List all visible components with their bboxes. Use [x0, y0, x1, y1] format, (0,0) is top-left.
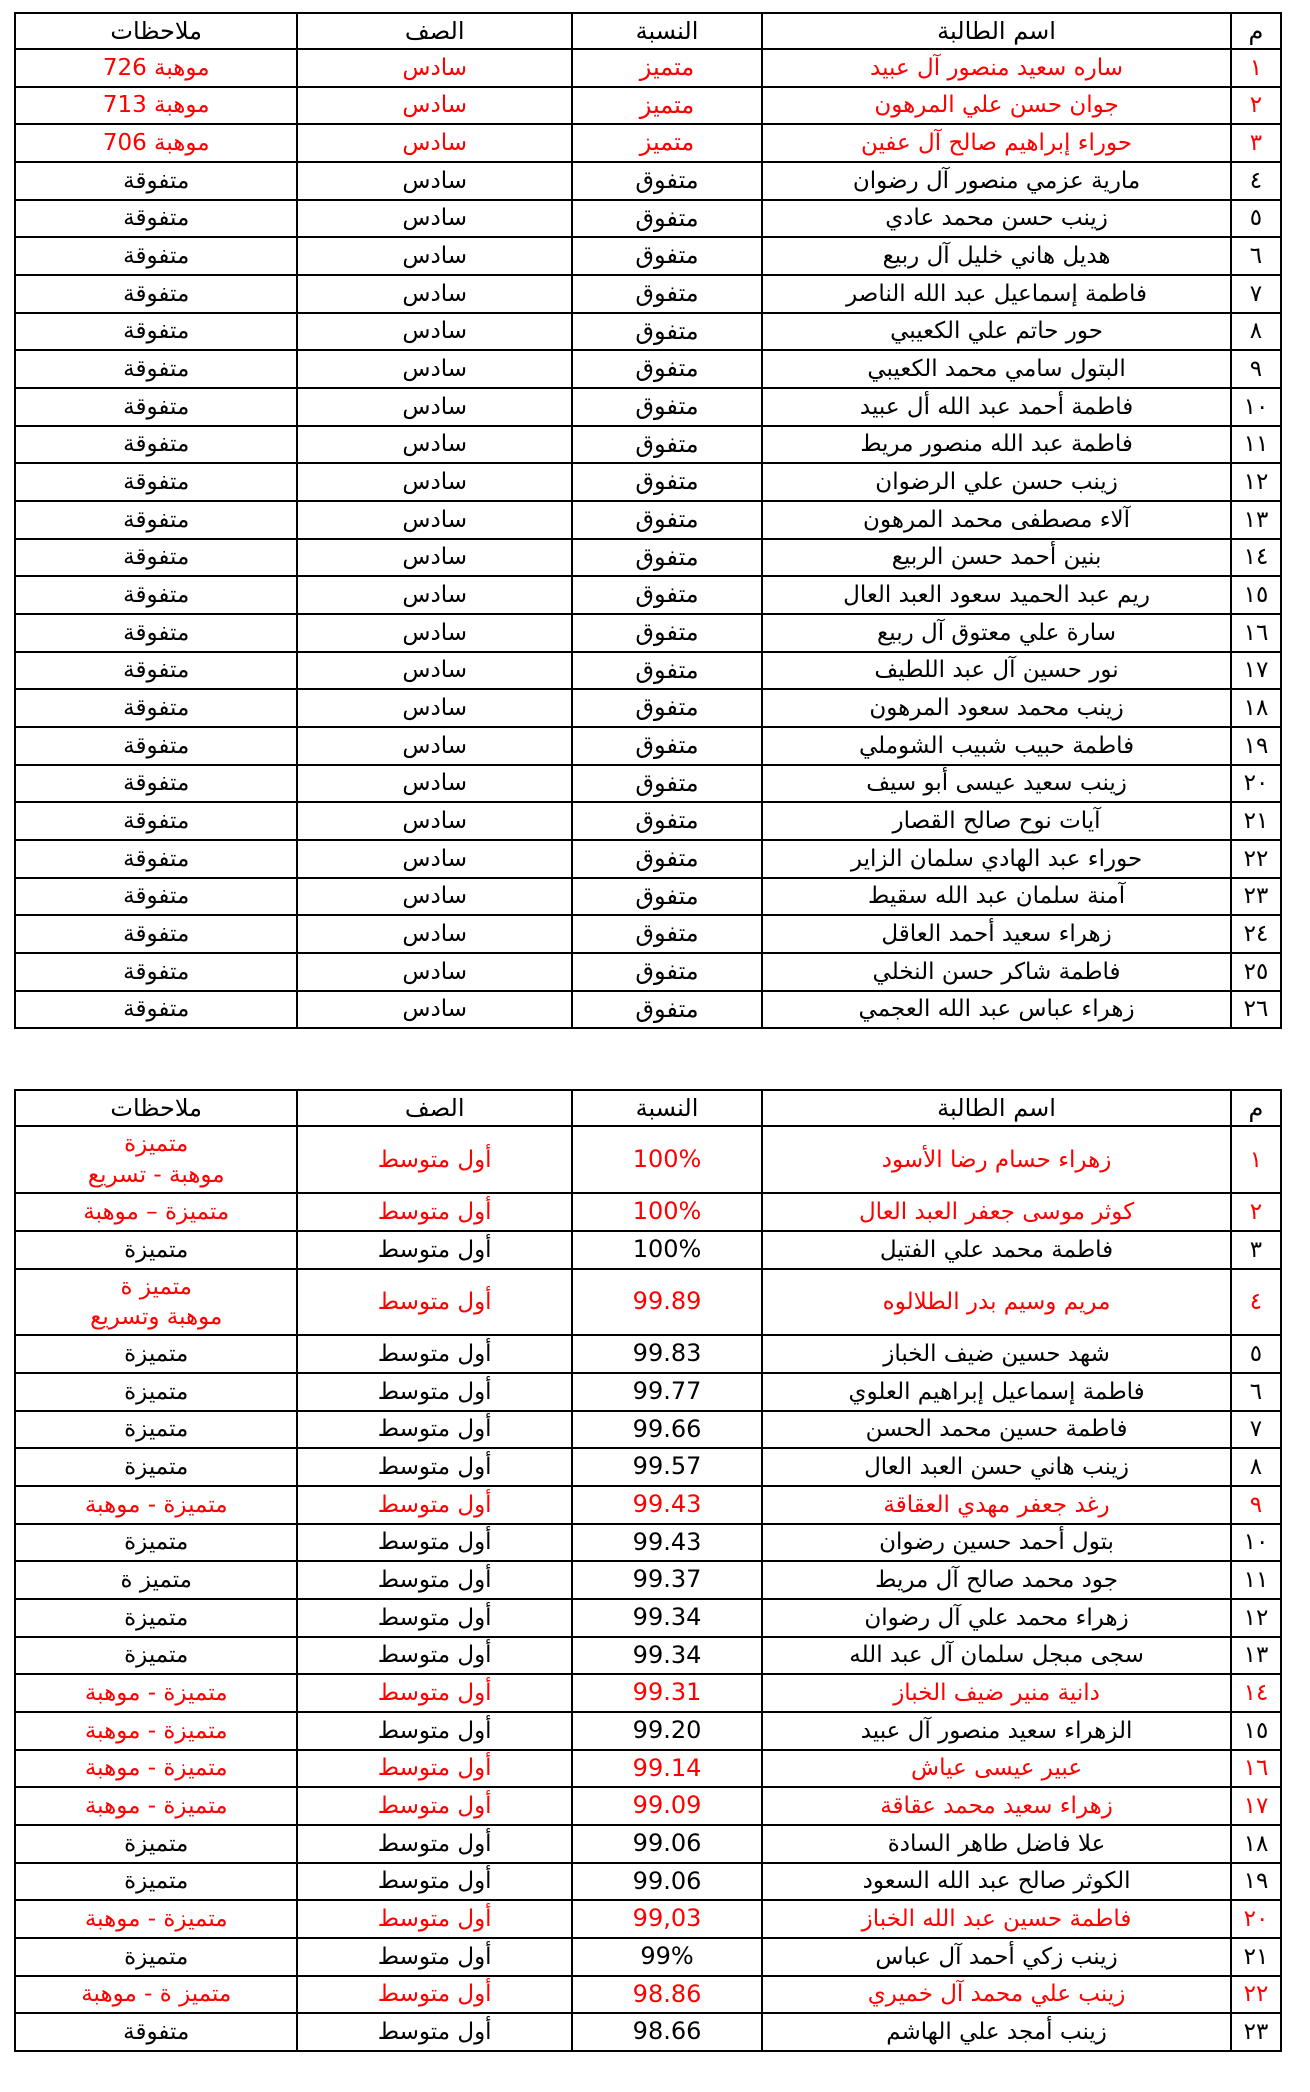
cell-notes: متميزة - موهبة — [15, 1787, 297, 1825]
cell-percentage: 99.34 — [572, 1599, 762, 1637]
cell-grade: أول متوسط — [297, 1750, 571, 1788]
cell-percentage: متفوق — [572, 652, 762, 690]
students-table-intermediate1: م اسم الطالبة النسبة الصف ملاحظات ١ زهرا… — [14, 1089, 1282, 2052]
cell-grade: أول متوسط — [297, 1231, 571, 1269]
header-row: م اسم الطالبة النسبة الصف ملاحظات — [15, 1090, 1281, 1126]
cell-grade: أول متوسط — [297, 1524, 571, 1562]
cell-grade: سادس — [297, 237, 571, 275]
cell-notes: متفوقة — [15, 313, 297, 351]
cell-student-name: شهد حسين ضيف الخباز — [762, 1335, 1231, 1373]
table-row: ١٤ بنين أحمد حسن الربيع متفوق سادس متفوق… — [15, 539, 1281, 577]
cell-notes: متميزة — [15, 1863, 297, 1901]
cell-notes: متميزة - موهبة — [15, 1674, 297, 1712]
table-row: ٢٠ فاطمة حسين عبد الله الخباز 99,03 أول … — [15, 1900, 1281, 1938]
cell-notes: متفوقة — [15, 727, 297, 765]
table-row: ٤ مارية عزمي منصور آل رضوان متفوق سادس م… — [15, 162, 1281, 200]
cell-percentage: متفوق — [572, 463, 762, 501]
cell-percentage: متفوق — [572, 576, 762, 614]
cell-percentage: 98.86 — [572, 1976, 762, 2014]
cell-index: ٢١ — [1231, 802, 1281, 840]
cell-percentage: 99.09 — [572, 1787, 762, 1825]
cell-notes: متفوقة — [15, 614, 297, 652]
cell-percentage: متفوق — [572, 915, 762, 953]
cell-index: ١٩ — [1231, 1863, 1281, 1901]
cell-grade: سادس — [297, 953, 571, 991]
cell-grade: أول متوسط — [297, 1126, 571, 1193]
table-row: ٩ البتول سامي محمد الكعيبي متفوق سادس مت… — [15, 350, 1281, 388]
header-percentage: النسبة — [572, 1090, 762, 1126]
cell-grade: سادس — [297, 501, 571, 539]
table-row: ١٣ آلاء مصطفى محمد المرهون متفوق سادس مت… — [15, 501, 1281, 539]
cell-student-name: فاطمة حسين عبد الله الخباز — [762, 1900, 1231, 1938]
cell-grade: أول متوسط — [297, 1561, 571, 1599]
cell-student-name: فاطمة شاكر حسن النخلي — [762, 953, 1231, 991]
cell-student-name: زينب أمجد علي الهاشم — [762, 2013, 1231, 2051]
table-row: ١١ جود محمد صالح آل مريط 99.37 أول متوسط… — [15, 1561, 1281, 1599]
cell-index: ١٢ — [1231, 1599, 1281, 1637]
cell-student-name: الزهراء سعيد منصور آل عبيد — [762, 1712, 1231, 1750]
cell-grade: أول متوسط — [297, 1486, 571, 1524]
cell-percentage: 99,03 — [572, 1900, 762, 1938]
cell-index: ٥ — [1231, 1335, 1281, 1373]
cell-index: ٥ — [1231, 200, 1281, 238]
cell-grade: أول متوسط — [297, 1825, 571, 1863]
header-row: م اسم الطالبة النسبة الصف ملاحظات — [15, 13, 1281, 49]
cell-notes: متفوقة — [15, 576, 297, 614]
table-row: ١٥ الزهراء سعيد منصور آل عبيد 99.20 أول … — [15, 1712, 1281, 1750]
cell-notes: متميزة — [15, 1938, 297, 1976]
cell-notes: متفوقة — [15, 501, 297, 539]
cell-grade: أول متوسط — [297, 1335, 571, 1373]
cell-percentage: متفوق — [572, 200, 762, 238]
table-row: ٢٤ زهراء سعيد أحمد العاقل متفوق سادس متف… — [15, 915, 1281, 953]
header-student-name: اسم الطالبة — [762, 13, 1231, 49]
cell-student-name: آمنة سلمان عبد الله سقيط — [762, 878, 1231, 916]
cell-student-name: فاطمة حسين محمد الحسن — [762, 1411, 1231, 1449]
cell-grade: أول متوسط — [297, 1448, 571, 1486]
cell-grade: سادس — [297, 87, 571, 125]
cell-grade: سادس — [297, 878, 571, 916]
cell-grade: سادس — [297, 840, 571, 878]
cell-grade: أول متوسط — [297, 1787, 571, 1825]
cell-percentage: 98.66 — [572, 2013, 762, 2051]
cell-index: ١٨ — [1231, 689, 1281, 727]
cell-percentage: 99.34 — [572, 1637, 762, 1675]
cell-index: ٢٣ — [1231, 878, 1281, 916]
cell-percentage: 99.37 — [572, 1561, 762, 1599]
cell-student-name: زهراء حسام رضا الأسود — [762, 1126, 1231, 1193]
cell-index: ٢٤ — [1231, 915, 1281, 953]
cell-index: ١٧ — [1231, 652, 1281, 690]
cell-notes: متفوقة — [15, 652, 297, 690]
cell-notes: متميزة — [15, 1524, 297, 1562]
cell-index: ١٤ — [1231, 1674, 1281, 1712]
cell-student-name: ساره سعيد منصور آل عبيد — [762, 49, 1231, 87]
cell-index: ٣ — [1231, 1231, 1281, 1269]
cell-index: ١١ — [1231, 426, 1281, 464]
cell-notes: متميزة — [15, 1637, 297, 1675]
cell-student-name: رغد جعفر مهدي العقاقة — [762, 1486, 1231, 1524]
cell-percentage: متميز — [572, 124, 762, 162]
cell-grade: سادس — [297, 313, 571, 351]
cell-notes: متميزة — [15, 1335, 297, 1373]
cell-notes: متفوقة — [15, 162, 297, 200]
cell-percentage: متميز — [572, 49, 762, 87]
cell-percentage: 100% — [572, 1231, 762, 1269]
table-row: ١٨ علا فاضل طاهر السادة 99.06 أول متوسط … — [15, 1825, 1281, 1863]
cell-grade: سادس — [297, 539, 571, 577]
cell-student-name: فاطمة إسماعيل عبد الله الناصر — [762, 275, 1231, 313]
cell-grade: سادس — [297, 49, 571, 87]
cell-index: ١ — [1231, 49, 1281, 87]
cell-index: ٢ — [1231, 87, 1281, 125]
table-row: ٢٠ زينب سعيد عيسى أبو سيف متفوق سادس متف… — [15, 765, 1281, 803]
cell-percentage: 99.66 — [572, 1411, 762, 1449]
document-page: م اسم الطالبة النسبة الصف ملاحظات ١ ساره… — [0, 0, 1310, 2052]
table-row: ١٢ زينب حسن علي الرضوان متفوق سادس متفوق… — [15, 463, 1281, 501]
cell-student-name: ريم عبد الحميد سعود العبد العال — [762, 576, 1231, 614]
cell-grade: أول متوسط — [297, 1193, 571, 1231]
cell-student-name: زينب سعيد عيسى أبو سيف — [762, 765, 1231, 803]
cell-index: ١٦ — [1231, 614, 1281, 652]
cell-percentage: 99% — [572, 1938, 762, 1976]
table-row: ١٦ عبير عيسى عياش 99.14 أول متوسط متميزة… — [15, 1750, 1281, 1788]
cell-grade: سادس — [297, 765, 571, 803]
cell-notes: متفوقة — [15, 200, 297, 238]
cell-grade: سادس — [297, 915, 571, 953]
cell-index: ١٠ — [1231, 1524, 1281, 1562]
cell-percentage: 100% — [572, 1193, 762, 1231]
cell-notes: متفوقة — [15, 426, 297, 464]
header-grade: الصف — [297, 1090, 571, 1126]
header-percentage: النسبة — [572, 13, 762, 49]
cell-notes: متفوقة — [15, 878, 297, 916]
cell-index: ١٨ — [1231, 1825, 1281, 1863]
cell-grade: أول متوسط — [297, 1712, 571, 1750]
table-row: ٢٣ آمنة سلمان عبد الله سقيط متفوق سادس م… — [15, 878, 1281, 916]
table-row: ١ ساره سعيد منصور آل عبيد متميز سادس موه… — [15, 49, 1281, 87]
cell-percentage: متفوق — [572, 162, 762, 200]
cell-percentage: متفوق — [572, 840, 762, 878]
cell-index: ٦ — [1231, 237, 1281, 275]
table-row: ١٣ سجى مبجل سلمان آل عبد الله 99.34 أول … — [15, 1637, 1281, 1675]
table-row: ٢١ زينب زكي أحمد آل عباس 99% أول متوسط م… — [15, 1938, 1281, 1976]
cell-student-name: عبير عيسى عياش — [762, 1750, 1231, 1788]
table-row: ١٧ زهراء سعيد محمد عقاقة 99.09 أول متوسط… — [15, 1787, 1281, 1825]
cell-percentage: متفوق — [572, 614, 762, 652]
table-row: ١٥ ريم عبد الحميد سعود العبد العال متفوق… — [15, 576, 1281, 614]
header-index: م — [1231, 1090, 1281, 1126]
cell-index: ١٣ — [1231, 1637, 1281, 1675]
cell-student-name: فاطمة أحمد عبد الله أل عبيد — [762, 388, 1231, 426]
cell-percentage: 99.43 — [572, 1524, 762, 1562]
cell-notes: متفوقة — [15, 915, 297, 953]
table-row: ٧ فاطمة حسين محمد الحسن 99.66 أول متوسط … — [15, 1411, 1281, 1449]
table-row: ٦ هديل هاني خليل آل ربيع متفوق سادس متفو… — [15, 237, 1281, 275]
cell-percentage: 99.89 — [572, 1269, 762, 1336]
cell-notes: متميز ة — [15, 1561, 297, 1599]
cell-index: ٨ — [1231, 313, 1281, 351]
cell-index: ٢٥ — [1231, 953, 1281, 991]
cell-notes: متفوقة — [15, 350, 297, 388]
cell-index: ٩ — [1231, 350, 1281, 388]
cell-index: ٢٣ — [1231, 2013, 1281, 2051]
table-row: ٢٢ حوراء عبد الهادي سلمان الزاير متفوق س… — [15, 840, 1281, 878]
cell-student-name: كوثر موسى جعفر العبد العال — [762, 1193, 1231, 1231]
cell-grade: سادس — [297, 350, 571, 388]
cell-notes: متفوقة — [15, 802, 297, 840]
cell-notes: متفوقة — [15, 539, 297, 577]
cell-notes: متفوقة — [15, 765, 297, 803]
cell-notes: متفوقة — [15, 463, 297, 501]
cell-grade: أول متوسط — [297, 1674, 571, 1712]
cell-percentage: متفوق — [572, 501, 762, 539]
cell-student-name: دانية منير ضيف الخباز — [762, 1674, 1231, 1712]
cell-notes: متميز ة موهبة وتسريع — [15, 1269, 297, 1336]
cell-notes: متفوقة — [15, 237, 297, 275]
cell-notes: متفوقة — [15, 2013, 297, 2051]
cell-index: ١١ — [1231, 1561, 1281, 1599]
cell-grade: سادس — [297, 463, 571, 501]
cell-percentage: 99.83 — [572, 1335, 762, 1373]
cell-index: ٢٢ — [1231, 840, 1281, 878]
cell-index: ٣ — [1231, 124, 1281, 162]
cell-percentage: متفوق — [572, 689, 762, 727]
cell-percentage: متميز — [572, 87, 762, 125]
cell-percentage: متفوق — [572, 953, 762, 991]
cell-index: ٢٦ — [1231, 991, 1281, 1029]
cell-notes: متفوقة — [15, 840, 297, 878]
cell-index: ١٠ — [1231, 388, 1281, 426]
cell-notes: موهبة 706 — [15, 124, 297, 162]
cell-index: ٢ — [1231, 1193, 1281, 1231]
cell-percentage: 99.14 — [572, 1750, 762, 1788]
table-row: ٢٦ زهراء عباس عبد الله العجمي متفوق سادس… — [15, 991, 1281, 1029]
cell-student-name: فاطمة إسماعيل إبراهيم العلوي — [762, 1373, 1231, 1411]
cell-index: ٢١ — [1231, 1938, 1281, 1976]
cell-percentage: متفوق — [572, 802, 762, 840]
cell-index: ١٥ — [1231, 1712, 1281, 1750]
cell-grade: سادس — [297, 576, 571, 614]
cell-student-name: زينب علي محمد آل خميري — [762, 1976, 1231, 2014]
table-row: ١١ فاطمة عبد الله منصور مريط متفوق سادس … — [15, 426, 1281, 464]
cell-grade: سادس — [297, 652, 571, 690]
cell-notes: متميزة — [15, 1448, 297, 1486]
cell-notes: موهبة 726 — [15, 49, 297, 87]
cell-percentage: 99.43 — [572, 1486, 762, 1524]
students-table-grade6: م اسم الطالبة النسبة الصف ملاحظات ١ ساره… — [14, 12, 1282, 1029]
cell-notes: متميز ة - موهبة — [15, 1976, 297, 2014]
cell-student-name: جود محمد صالح آل مريط — [762, 1561, 1231, 1599]
cell-percentage: متفوق — [572, 539, 762, 577]
cell-percentage: 99.20 — [572, 1712, 762, 1750]
cell-percentage: متفوق — [572, 991, 762, 1029]
cell-index: ٧ — [1231, 1411, 1281, 1449]
cell-student-name: نور حسين آل عبد اللطيف — [762, 652, 1231, 690]
cell-notes: متميزة - موهبة — [15, 1486, 297, 1524]
table-row: ١٤ دانية منير ضيف الخباز 99.31 أول متوسط… — [15, 1674, 1281, 1712]
table-row: ١٩ الكوثر صالح عبد الله السعود 99.06 أول… — [15, 1863, 1281, 1901]
cell-percentage: 99.31 — [572, 1674, 762, 1712]
cell-grade: سادس — [297, 388, 571, 426]
table-row: ٢ جوان حسن علي المرهون متميز سادس موهبة … — [15, 87, 1281, 125]
table-row: ١٧ نور حسين آل عبد اللطيف متفوق سادس متف… — [15, 652, 1281, 690]
table-row: ١٩ فاطمة حبيب شبيب الشوملي متفوق سادس مت… — [15, 727, 1281, 765]
cell-percentage: متفوق — [572, 878, 762, 916]
cell-student-name: زهراء عباس عبد الله العجمي — [762, 991, 1231, 1029]
cell-student-name: هديل هاني خليل آل ربيع — [762, 237, 1231, 275]
cell-index: ١ — [1231, 1126, 1281, 1193]
table-row: ٩ رغد جعفر مهدي العقاقة 99.43 أول متوسط … — [15, 1486, 1281, 1524]
cell-student-name: مارية عزمي منصور آل رضوان — [762, 162, 1231, 200]
cell-index: ٦ — [1231, 1373, 1281, 1411]
cell-notes: متميزة — [15, 1825, 297, 1863]
cell-student-name: حوراء إبراهيم صالح آل عفين — [762, 124, 1231, 162]
cell-percentage: متفوق — [572, 313, 762, 351]
header-notes: ملاحظات — [15, 1090, 297, 1126]
cell-grade: سادس — [297, 200, 571, 238]
cell-student-name: سجى مبجل سلمان آل عبد الله — [762, 1637, 1231, 1675]
cell-student-name: زينب هاني حسن العبد العال — [762, 1448, 1231, 1486]
cell-grade: أول متوسط — [297, 1637, 571, 1675]
cell-grade: أول متوسط — [297, 1373, 571, 1411]
cell-grade: سادس — [297, 426, 571, 464]
header-notes: ملاحظات — [15, 13, 297, 49]
cell-percentage: 99.06 — [572, 1863, 762, 1901]
table-row: ٤ مريم وسيم بدر الطلالوه 99.89 أول متوسط… — [15, 1269, 1281, 1336]
table-header: م اسم الطالبة النسبة الصف ملاحظات — [15, 1090, 1281, 1126]
cell-student-name: فاطمة عبد الله منصور مريط — [762, 426, 1231, 464]
table-row: ١٦ سارة علي معتوق آل ربيع متفوق سادس متف… — [15, 614, 1281, 652]
header-student-name: اسم الطالبة — [762, 1090, 1231, 1126]
cell-student-name: سارة علي معتوق آل ربيع — [762, 614, 1231, 652]
cell-student-name: زينب محمد سعود المرهون — [762, 689, 1231, 727]
cell-student-name: فاطمة محمد علي الفتيل — [762, 1231, 1231, 1269]
cell-notes: متميزة — [15, 1231, 297, 1269]
cell-student-name: زينب حسن علي الرضوان — [762, 463, 1231, 501]
table-row: ١٠ فاطمة أحمد عبد الله أل عبيد متفوق ساد… — [15, 388, 1281, 426]
cell-grade: سادس — [297, 162, 571, 200]
cell-grade: سادس — [297, 614, 571, 652]
cell-percentage: 99.57 — [572, 1448, 762, 1486]
cell-index: ٢٢ — [1231, 1976, 1281, 2014]
cell-percentage: متفوق — [572, 388, 762, 426]
cell-student-name: زهراء محمد علي آل رضوان — [762, 1599, 1231, 1637]
table-row: ٢٢ زينب علي محمد آل خميري 98.86 أول متوس… — [15, 1976, 1281, 2014]
table-row: ٦ فاطمة إسماعيل إبراهيم العلوي 99.77 أول… — [15, 1373, 1281, 1411]
cell-percentage: متفوق — [572, 350, 762, 388]
header-index: م — [1231, 13, 1281, 49]
table-row: ٢٥ فاطمة شاكر حسن النخلي متفوق سادس متفو… — [15, 953, 1281, 991]
cell-student-name: آيات نوح صالح القصار — [762, 802, 1231, 840]
cell-grade: سادس — [297, 727, 571, 765]
cell-notes: متفوقة — [15, 953, 297, 991]
cell-index: ١٣ — [1231, 501, 1281, 539]
cell-grade: أول متوسط — [297, 1863, 571, 1901]
cell-percentage: 99.77 — [572, 1373, 762, 1411]
cell-notes: متفوقة — [15, 388, 297, 426]
table-row: ٢١ آيات نوح صالح القصار متفوق سادس متفوق… — [15, 802, 1281, 840]
cell-index: ٨ — [1231, 1448, 1281, 1486]
cell-student-name: بتول أحمد حسين رضوان — [762, 1524, 1231, 1562]
cell-student-name: فاطمة حبيب شبيب الشوملي — [762, 727, 1231, 765]
cell-notes: متميزة - موهبة — [15, 1712, 297, 1750]
cell-index: ١٩ — [1231, 727, 1281, 765]
cell-notes: متميزة — [15, 1373, 297, 1411]
header-grade: الصف — [297, 13, 571, 49]
table-row: ١٠ بتول أحمد حسين رضوان 99.43 أول متوسط … — [15, 1524, 1281, 1562]
cell-grade: سادس — [297, 275, 571, 313]
cell-index: ١٢ — [1231, 463, 1281, 501]
cell-grade: سادس — [297, 124, 571, 162]
cell-grade: أول متوسط — [297, 1269, 571, 1336]
table-row: ٥ زينب حسن محمد عادي متفوق سادس متفوقة — [15, 200, 1281, 238]
cell-percentage: متفوق — [572, 765, 762, 803]
cell-notes: متميزة — [15, 1599, 297, 1637]
cell-percentage: 100% — [572, 1126, 762, 1193]
cell-student-name: بنين أحمد حسن الربيع — [762, 539, 1231, 577]
cell-grade: أول متوسط — [297, 1411, 571, 1449]
cell-grade: أول متوسط — [297, 1900, 571, 1938]
table-row: ١٨ زينب محمد سعود المرهون متفوق سادس متف… — [15, 689, 1281, 727]
cell-notes: متميزة – موهبة — [15, 1193, 297, 1231]
table-row: ٨ زينب هاني حسن العبد العال 99.57 أول مت… — [15, 1448, 1281, 1486]
table-row: ٣ فاطمة محمد علي الفتيل 100% أول متوسط م… — [15, 1231, 1281, 1269]
cell-student-name: آلاء مصطفى محمد المرهون — [762, 501, 1231, 539]
cell-student-name: علا فاضل طاهر السادة — [762, 1825, 1231, 1863]
cell-index: ٢٠ — [1231, 1900, 1281, 1938]
cell-index: ١٦ — [1231, 1750, 1281, 1788]
cell-notes: متميزة - موهبة — [15, 1750, 297, 1788]
table-row: ٣ حوراء إبراهيم صالح آل عفين متميز سادس … — [15, 124, 1281, 162]
cell-student-name: حور حاتم علي الكعيبي — [762, 313, 1231, 351]
cell-notes: متفوقة — [15, 689, 297, 727]
cell-grade: سادس — [297, 689, 571, 727]
cell-grade: سادس — [297, 991, 571, 1029]
cell-index: ٩ — [1231, 1486, 1281, 1524]
cell-student-name: حوراء عبد الهادي سلمان الزاير — [762, 840, 1231, 878]
cell-percentage: متفوق — [572, 237, 762, 275]
table-row: ٨ حور حاتم علي الكعيبي متفوق سادس متفوقة — [15, 313, 1281, 351]
cell-grade: أول متوسط — [297, 1938, 571, 1976]
cell-percentage: متفوق — [572, 426, 762, 464]
cell-grade: أول متوسط — [297, 1976, 571, 2014]
table-header: م اسم الطالبة النسبة الصف ملاحظات — [15, 13, 1281, 49]
table-row: ٧ فاطمة إسماعيل عبد الله الناصر متفوق سا… — [15, 275, 1281, 313]
cell-percentage: متفوق — [572, 727, 762, 765]
cell-notes: متفوقة — [15, 991, 297, 1029]
cell-index: ٧ — [1231, 275, 1281, 313]
table-row: ٢ كوثر موسى جعفر العبد العال 100% أول مت… — [15, 1193, 1281, 1231]
cell-student-name: زهراء سعيد محمد عقاقة — [762, 1787, 1231, 1825]
cell-notes: متفوقة — [15, 275, 297, 313]
cell-student-name: البتول سامي محمد الكعيبي — [762, 350, 1231, 388]
table-row: ١٢ زهراء محمد علي آل رضوان 99.34 أول متو… — [15, 1599, 1281, 1637]
cell-index: ٤ — [1231, 1269, 1281, 1336]
cell-index: ٢٠ — [1231, 765, 1281, 803]
cell-student-name: مريم وسيم بدر الطلالوه — [762, 1269, 1231, 1336]
cell-grade: أول متوسط — [297, 2013, 571, 2051]
table-row: ٥ شهد حسين ضيف الخباز 99.83 أول متوسط مت… — [15, 1335, 1281, 1373]
cell-notes: متميزة - موهبة — [15, 1900, 297, 1938]
cell-student-name: الكوثر صالح عبد الله السعود — [762, 1863, 1231, 1901]
cell-index: ٤ — [1231, 162, 1281, 200]
cell-index: ١٥ — [1231, 576, 1281, 614]
cell-student-name: زينب حسن محمد عادي — [762, 200, 1231, 238]
cell-grade: سادس — [297, 802, 571, 840]
cell-percentage: 99.06 — [572, 1825, 762, 1863]
cell-index: ١٤ — [1231, 539, 1281, 577]
